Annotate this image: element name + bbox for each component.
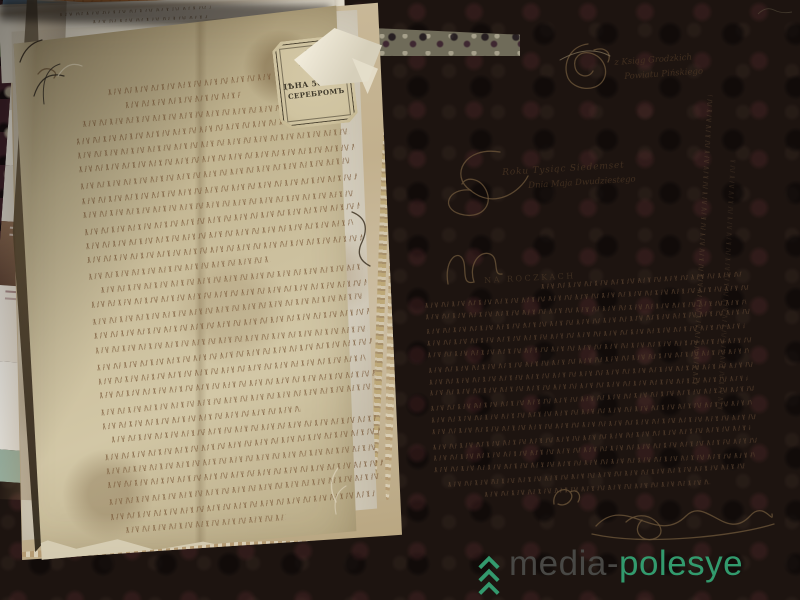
small-flourish-icon <box>548 482 584 512</box>
chevron-tree-icon <box>477 553 501 599</box>
signature-flourish-icon <box>586 486 776 546</box>
flourish-initial-o-icon <box>558 40 616 94</box>
watermark-suffix: polesye <box>619 544 743 583</box>
hw-line <box>86 219 353 249</box>
scene-photo: Театр НАДЦА <box>0 0 800 600</box>
hw-line <box>94 308 369 339</box>
hw-line <box>106 444 376 474</box>
hw-line <box>126 92 242 108</box>
corner-mark <box>36 64 58 80</box>
handwriting-block-right <box>424 272 760 507</box>
flourish-initial-r-icon <box>436 146 532 226</box>
handwriting-block-left <box>72 67 388 544</box>
pencil-mark <box>756 2 798 20</box>
watermark-text: media-polesye <box>509 543 743 584</box>
hw-line <box>82 173 357 204</box>
hw-line <box>125 514 285 533</box>
watermark: media-polesye <box>477 541 743 599</box>
watermark-prefix: media- <box>509 544 619 583</box>
